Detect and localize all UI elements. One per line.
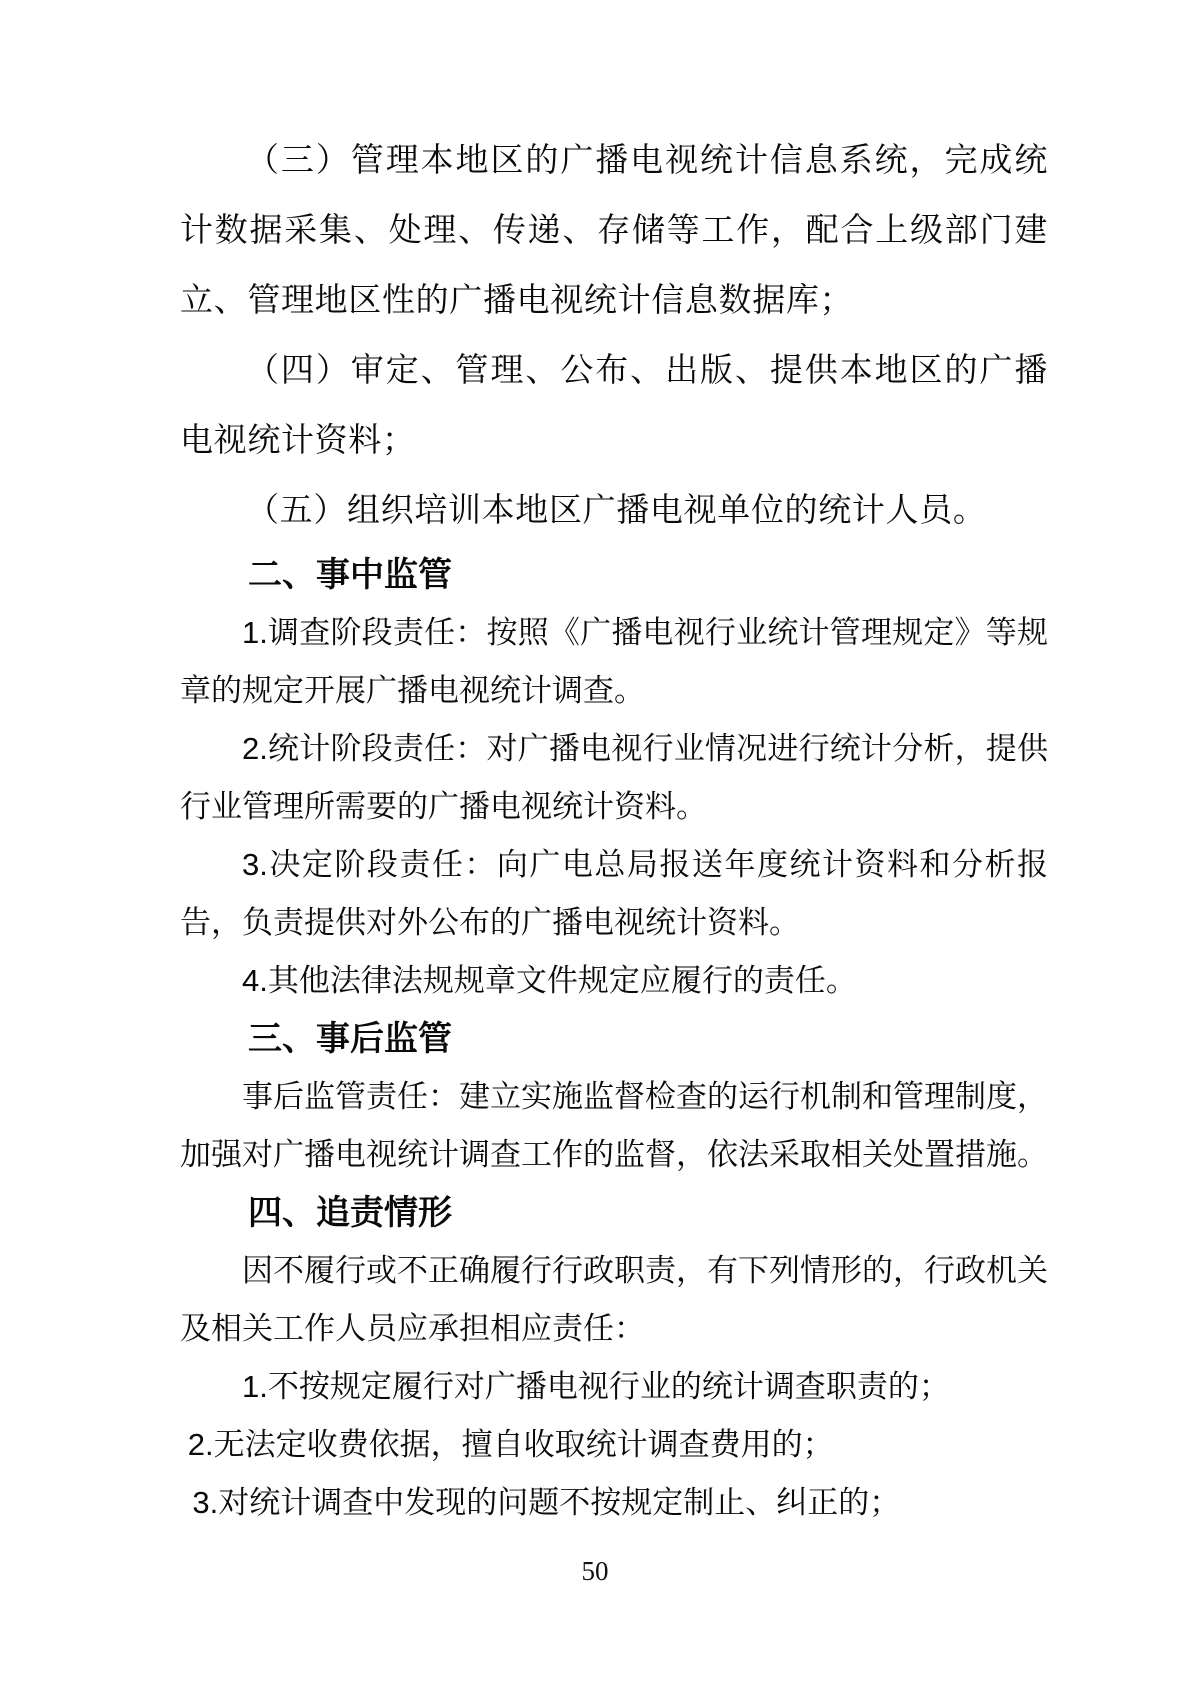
document-page: （三）管理本地区的广播电视统计信息系统，完成统计数据采集、处理、传递、存储等工作…: [0, 0, 1190, 1683]
body-paragraph-accountability-intro: 因不履行或不正确履行行政职责，有下列情形的，行政机关及相关工作人员应承担相应责任…: [180, 1242, 1048, 1358]
page-number: 50: [0, 1556, 1190, 1587]
list-item-1: 1.不按规定履行对广播电视行业的统计调查职责的；: [180, 1358, 1048, 1416]
document-body: （三）管理本地区的广播电视统计信息系统，完成统计数据采集、处理、传递、存储等工作…: [180, 126, 1048, 1532]
list-item-2: 2.无法定收费依据，擅自收取统计调查费用的；: [180, 1416, 1048, 1474]
body-paragraph-after-process-duty: 事后监管责任：建立实施监督检查的运行机制和管理制度，加强对广播电视统计调查工作的…: [180, 1068, 1048, 1184]
body-paragraph-survey-stage: 1.调查阶段责任：按照《广播电视行业统计管理规定》等规章的规定开展广播电视统计调…: [180, 604, 1048, 720]
section-heading-in-process: 二、事中监管: [180, 546, 1048, 604]
clause-paragraph-4: （四）审定、管理、公布、出版、提供本地区的广播电视统计资料；: [180, 336, 1048, 476]
section-heading-after-process: 三、事后监管: [180, 1010, 1048, 1068]
body-paragraph-statistics-stage: 2.统计阶段责任：对广播电视行业情况进行统计分析，提供行业管理所需要的广播电视统…: [180, 720, 1048, 836]
clause-paragraph-5: （五）组织培训本地区广播电视单位的统计人员。: [180, 476, 1048, 546]
body-paragraph-other-duties: 4.其他法律法规规章文件规定应履行的责任。: [180, 952, 1048, 1010]
list-item-3: 3.对统计调查中发现的问题不按规定制止、纠正的；: [180, 1474, 1048, 1532]
clause-paragraph-3: （三）管理本地区的广播电视统计信息系统，完成统计数据采集、处理、传递、存储等工作…: [180, 126, 1048, 336]
body-paragraph-decision-stage: 3.决定阶段责任：向广电总局报送年度统计资料和分析报告，负责提供对外公布的广播电…: [180, 836, 1048, 952]
section-heading-accountability: 四、追责情形: [180, 1184, 1048, 1242]
